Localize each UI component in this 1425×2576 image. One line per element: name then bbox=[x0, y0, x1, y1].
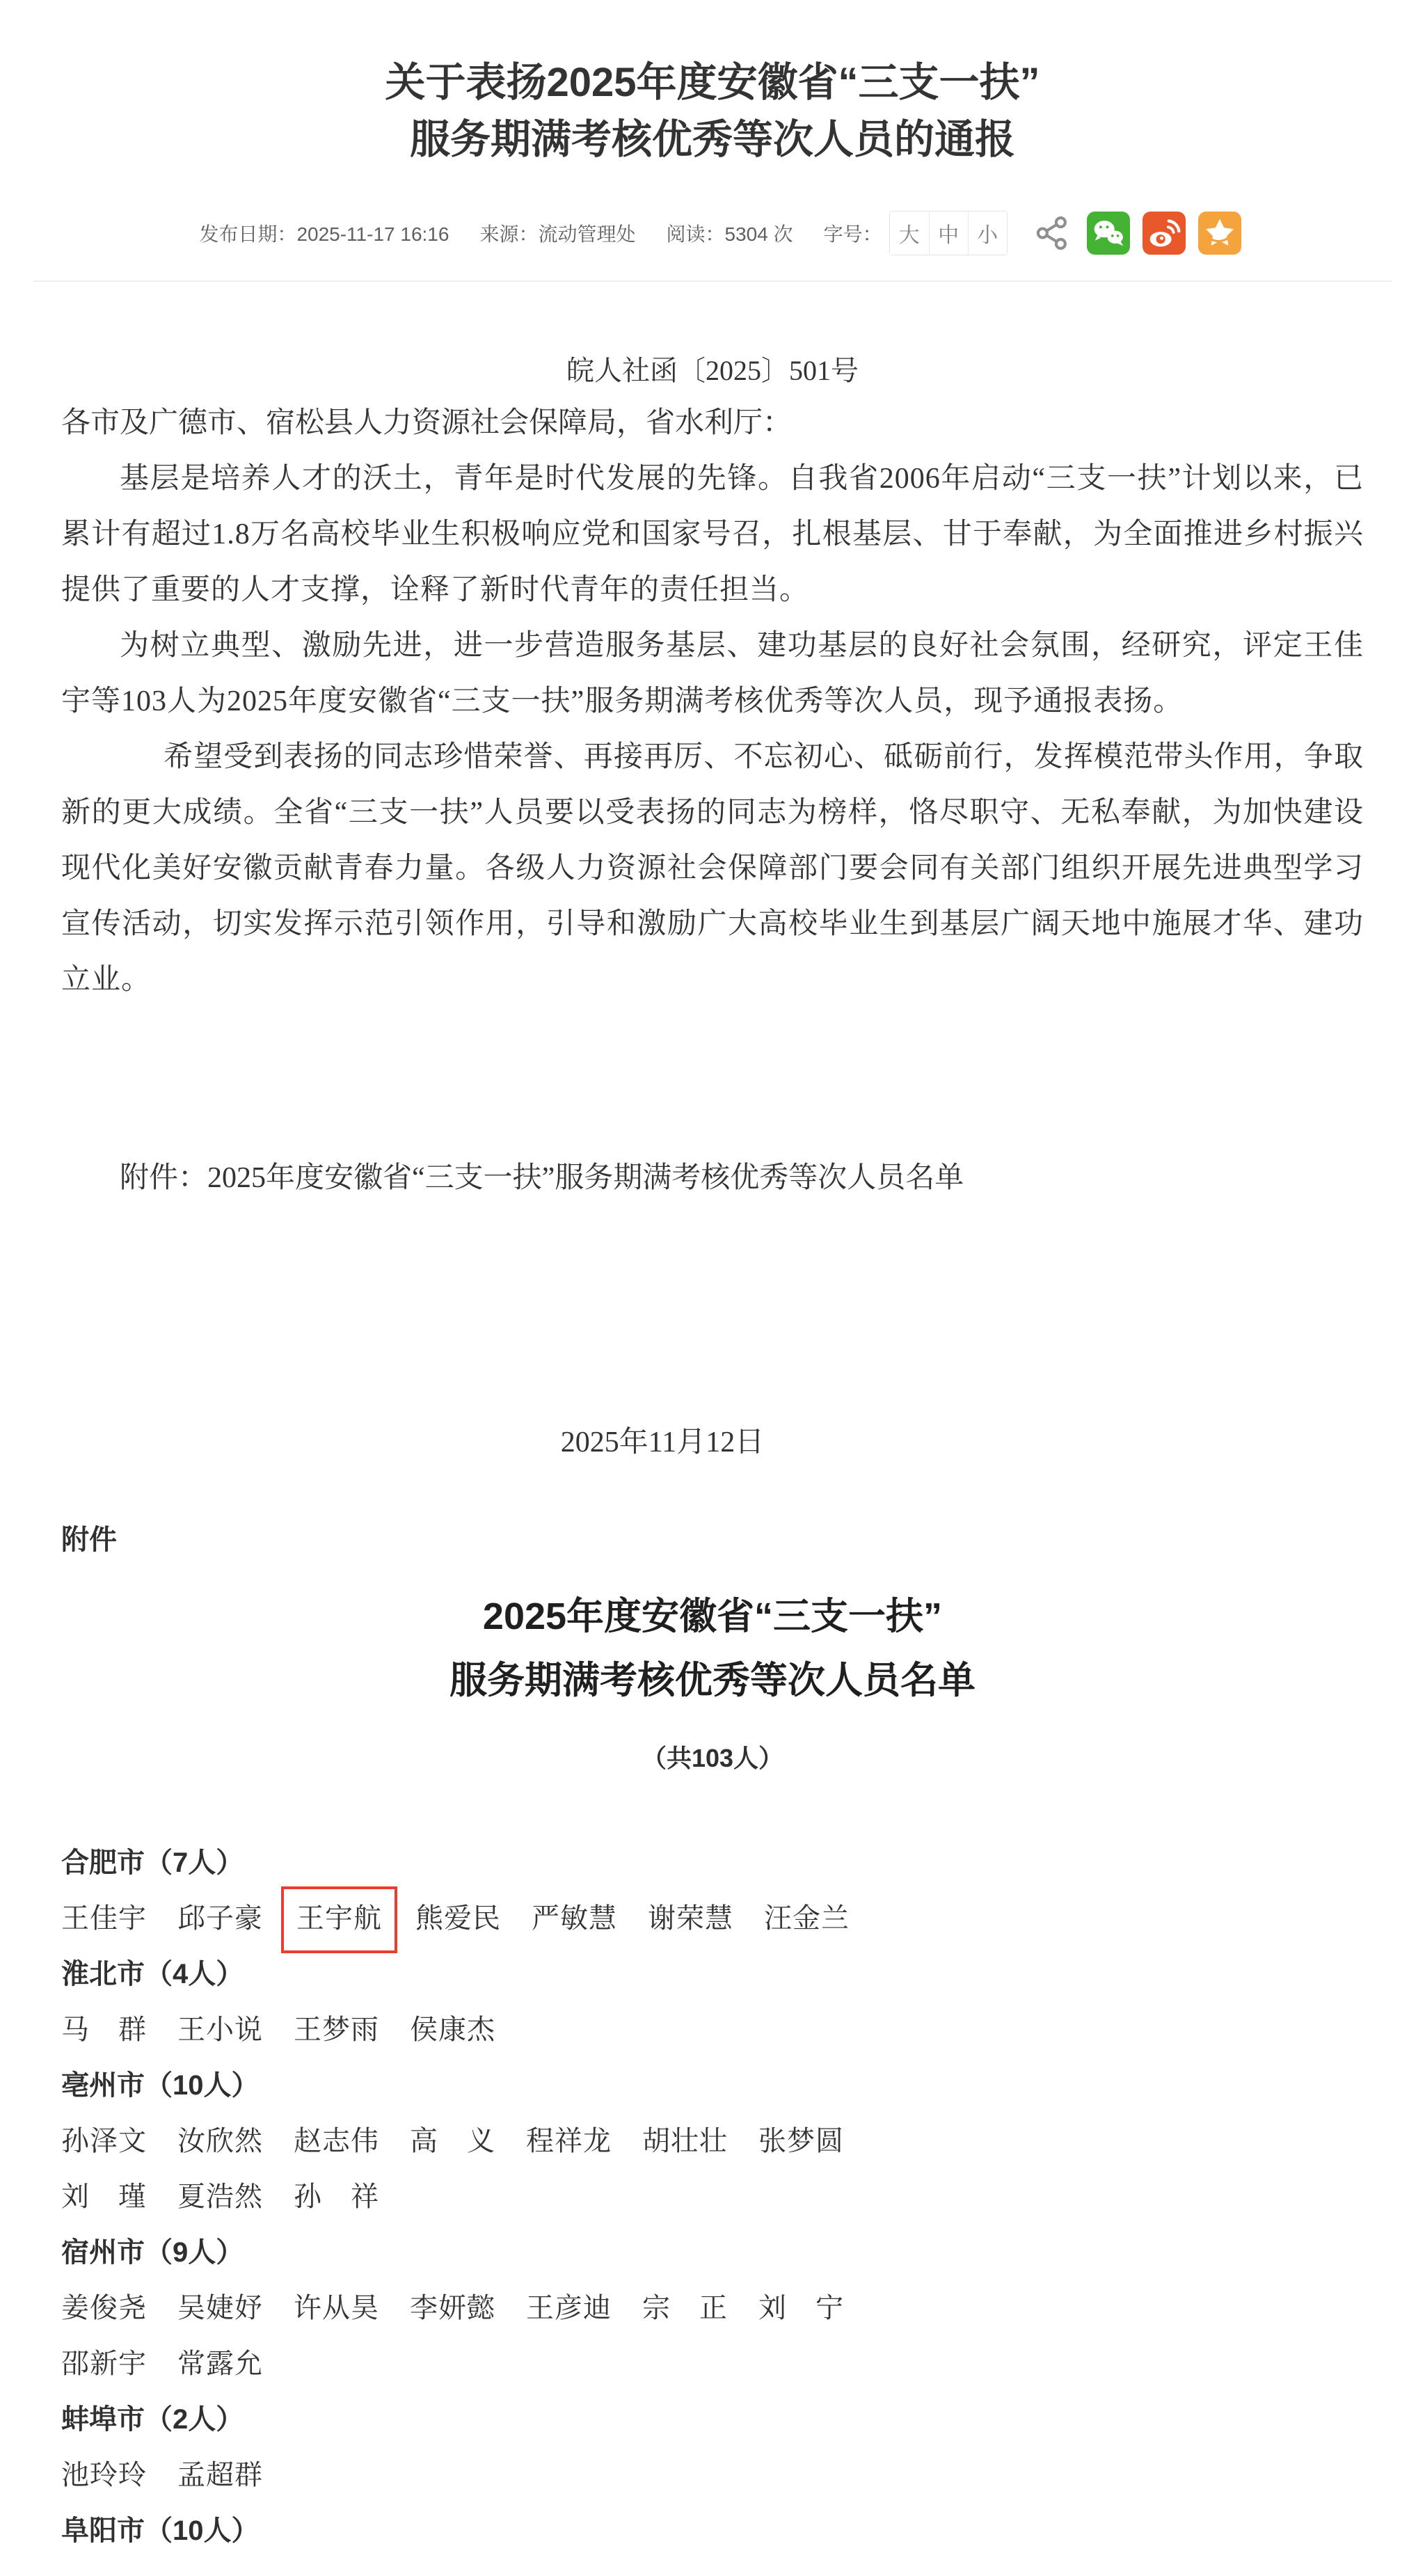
person-name: 姜俊尧 bbox=[61, 2280, 147, 2336]
person-name: 马 群 bbox=[61, 2002, 147, 2058]
source: 来源：流动管理处 bbox=[479, 219, 635, 247]
appendix-title-line1: 2025年度安徽省“三支一扶” bbox=[483, 1596, 942, 1637]
person-name: 汝欣然 bbox=[177, 2113, 263, 2169]
person-name: 谢荣慧 bbox=[648, 1891, 733, 1946]
person-name: 许从昊 bbox=[294, 2280, 379, 2336]
name-row: 池玲玲孟超群 bbox=[61, 2447, 1364, 2503]
font-size-small-button[interactable]: 小 bbox=[968, 212, 1007, 255]
person-name: 胡壮壮 bbox=[642, 2113, 728, 2169]
wechat-icon[interactable] bbox=[1087, 212, 1130, 255]
name-row: 邵新宇常露允 bbox=[61, 2336, 1364, 2392]
person-name: 侯康杰 bbox=[410, 2002, 495, 2058]
name-row: 孙泽文汝欣然赵志伟高 义程祥龙胡壮壮张梦圆 bbox=[61, 2113, 1364, 2169]
share-bar bbox=[1031, 212, 1241, 255]
person-name: 王梦雨 bbox=[294, 2002, 379, 2058]
appendix-label: 附件 bbox=[61, 1512, 1364, 1568]
person-name: 李妍懿 bbox=[410, 2280, 495, 2336]
font-size-large-button[interactable]: 大 bbox=[890, 212, 929, 255]
person-name: 严敏慧 bbox=[532, 1891, 617, 1946]
attachment-ref-line: 附件：2025年度安徽省“三支一扶”服务期满考核优秀等次人员名单 bbox=[61, 1150, 1364, 1206]
font-size-label: 字号： bbox=[824, 219, 882, 247]
appendix-title-line2: 服务期满考核优秀等次人员名单 bbox=[449, 1660, 976, 1701]
document-number: 皖人社函〔2025〕501号 bbox=[61, 349, 1364, 388]
body-paragraphs: 基层是培养人才的沃土，青年是时代发展的先锋。自我省2006年启动“三支一扶”计划… bbox=[61, 451, 1364, 1008]
name-row: 马 群王小说王梦雨侯康杰 bbox=[61, 2002, 1364, 2058]
publish-date: 发布日期：2025-11-17 16:16 bbox=[199, 219, 449, 247]
weibo-icon[interactable] bbox=[1143, 212, 1186, 255]
person-name: 王小说 bbox=[177, 2002, 263, 2058]
source-value: 流动管理处 bbox=[538, 223, 635, 245]
name-row: 姜俊尧吴婕妤许从昊李妍懿王彦迪宗 正刘 宁 bbox=[61, 2280, 1364, 2336]
person-name: 池玲玲 bbox=[61, 2447, 147, 2503]
person-name: 张梦圆 bbox=[758, 2113, 844, 2169]
city-heading: 蚌埠市（2人） bbox=[61, 2392, 1364, 2447]
read-count-label: 阅读： bbox=[666, 223, 724, 245]
city-heading: 淮北市（4人） bbox=[61, 1946, 1364, 2002]
person-name: 邵新宇 bbox=[61, 2336, 147, 2392]
qzone-icon[interactable] bbox=[1198, 212, 1241, 255]
city-heading: 宿州市（9人） bbox=[61, 2225, 1364, 2280]
person-name: 赵志伟 bbox=[294, 2113, 379, 2169]
read-count: 阅读：5304 次 bbox=[666, 219, 793, 247]
page-title: 关于表扬2025年度安徽省“三支一扶” 服务期满考核优秀等次人员的通报 bbox=[61, 54, 1364, 169]
person-name: 程祥龙 bbox=[526, 2113, 612, 2169]
person-name: 刘 瑾 bbox=[61, 2169, 147, 2225]
addressee-line: 各市及广德市、宿松县人力资源社会保障局，省水利厅： bbox=[61, 395, 1364, 451]
person-name: 常露允 bbox=[177, 2336, 263, 2392]
person-name: 汪金兰 bbox=[764, 1891, 850, 1946]
page-title-line1: 关于表扬2025年度安徽省“三支一扶” bbox=[385, 60, 1040, 105]
person-name: 王彦迪 bbox=[526, 2280, 612, 2336]
font-size-medium-button[interactable]: 中 bbox=[929, 212, 968, 255]
name-list: 合肥市（7人）王佳宇邱子豪王宇航熊爱民严敏慧谢荣慧汪金兰淮北市（4人）马 群王小… bbox=[61, 1835, 1364, 2559]
article-page: 关于表扬2025年度安徽省“三支一扶” 服务期满考核优秀等次人员的通报 发布日期… bbox=[0, 0, 1425, 2559]
person-name: 刘 宁 bbox=[758, 2280, 844, 2336]
publish-date-value: 2025-11-17 16:16 bbox=[296, 223, 449, 245]
city-heading: 合肥市（7人） bbox=[61, 1835, 1364, 1891]
paragraph: 希望受到表扬的同志珍惜荣誉、再接再厉、不忘初心、砥砺前行，发挥模范带头作用，争取… bbox=[61, 729, 1364, 1008]
person-name: 夏浩然 bbox=[177, 2169, 263, 2225]
font-size-group: 大中小 bbox=[889, 211, 1008, 255]
person-name: 孙泽文 bbox=[61, 2113, 147, 2169]
publish-date-label: 发布日期： bbox=[199, 223, 296, 245]
highlighted-name: 王宇航 bbox=[281, 1886, 397, 1953]
name-row: 王佳宇邱子豪王宇航熊爱民严敏慧谢荣慧汪金兰 bbox=[61, 1891, 1364, 1946]
appendix-count: （共103人） bbox=[61, 1738, 1364, 1779]
person-name: 孟超群 bbox=[177, 2447, 263, 2503]
source-label: 来源： bbox=[479, 223, 538, 245]
paragraph: 基层是培养人才的沃土，青年是时代发展的先锋。自我省2006年启动“三支一扶”计划… bbox=[61, 451, 1364, 618]
sign-date: 2025年11月12日 bbox=[11, 1415, 1314, 1470]
person-name: 孙 祥 bbox=[294, 2169, 379, 2225]
person-name: 邱子豪 bbox=[177, 1891, 263, 1946]
paragraph: 为树立典型、激励先进，进一步营造服务基层、建功基层的良好社会氛围，经研究，评定王… bbox=[61, 618, 1364, 729]
meta-bar: 发布日期：2025-11-17 16:16 来源：流动管理处 阅读：5304 次… bbox=[61, 211, 1364, 255]
person-name: 熊爱民 bbox=[415, 1891, 501, 1946]
name-row: 刘 瑾夏浩然孙 祥 bbox=[61, 2169, 1364, 2225]
person-name: 高 义 bbox=[410, 2113, 495, 2169]
city-heading: 亳州市（10人） bbox=[61, 2058, 1364, 2113]
person-name: 吴婕妤 bbox=[177, 2280, 263, 2336]
meta-divider bbox=[33, 280, 1392, 282]
person-name: 王佳宇 bbox=[61, 1891, 147, 1946]
city-heading: 阜阳市（10人） bbox=[61, 2503, 1364, 2559]
person-name: 宗 正 bbox=[642, 2280, 728, 2336]
share-icon[interactable] bbox=[1031, 212, 1074, 255]
page-title-line2: 服务期满考核优秀等次人员的通报 bbox=[410, 117, 1015, 162]
appendix-title: 2025年度安徽省“三支一扶” 服务期满考核优秀等次人员名单 bbox=[61, 1584, 1364, 1712]
read-count-value: 5304 次 bbox=[724, 223, 793, 245]
